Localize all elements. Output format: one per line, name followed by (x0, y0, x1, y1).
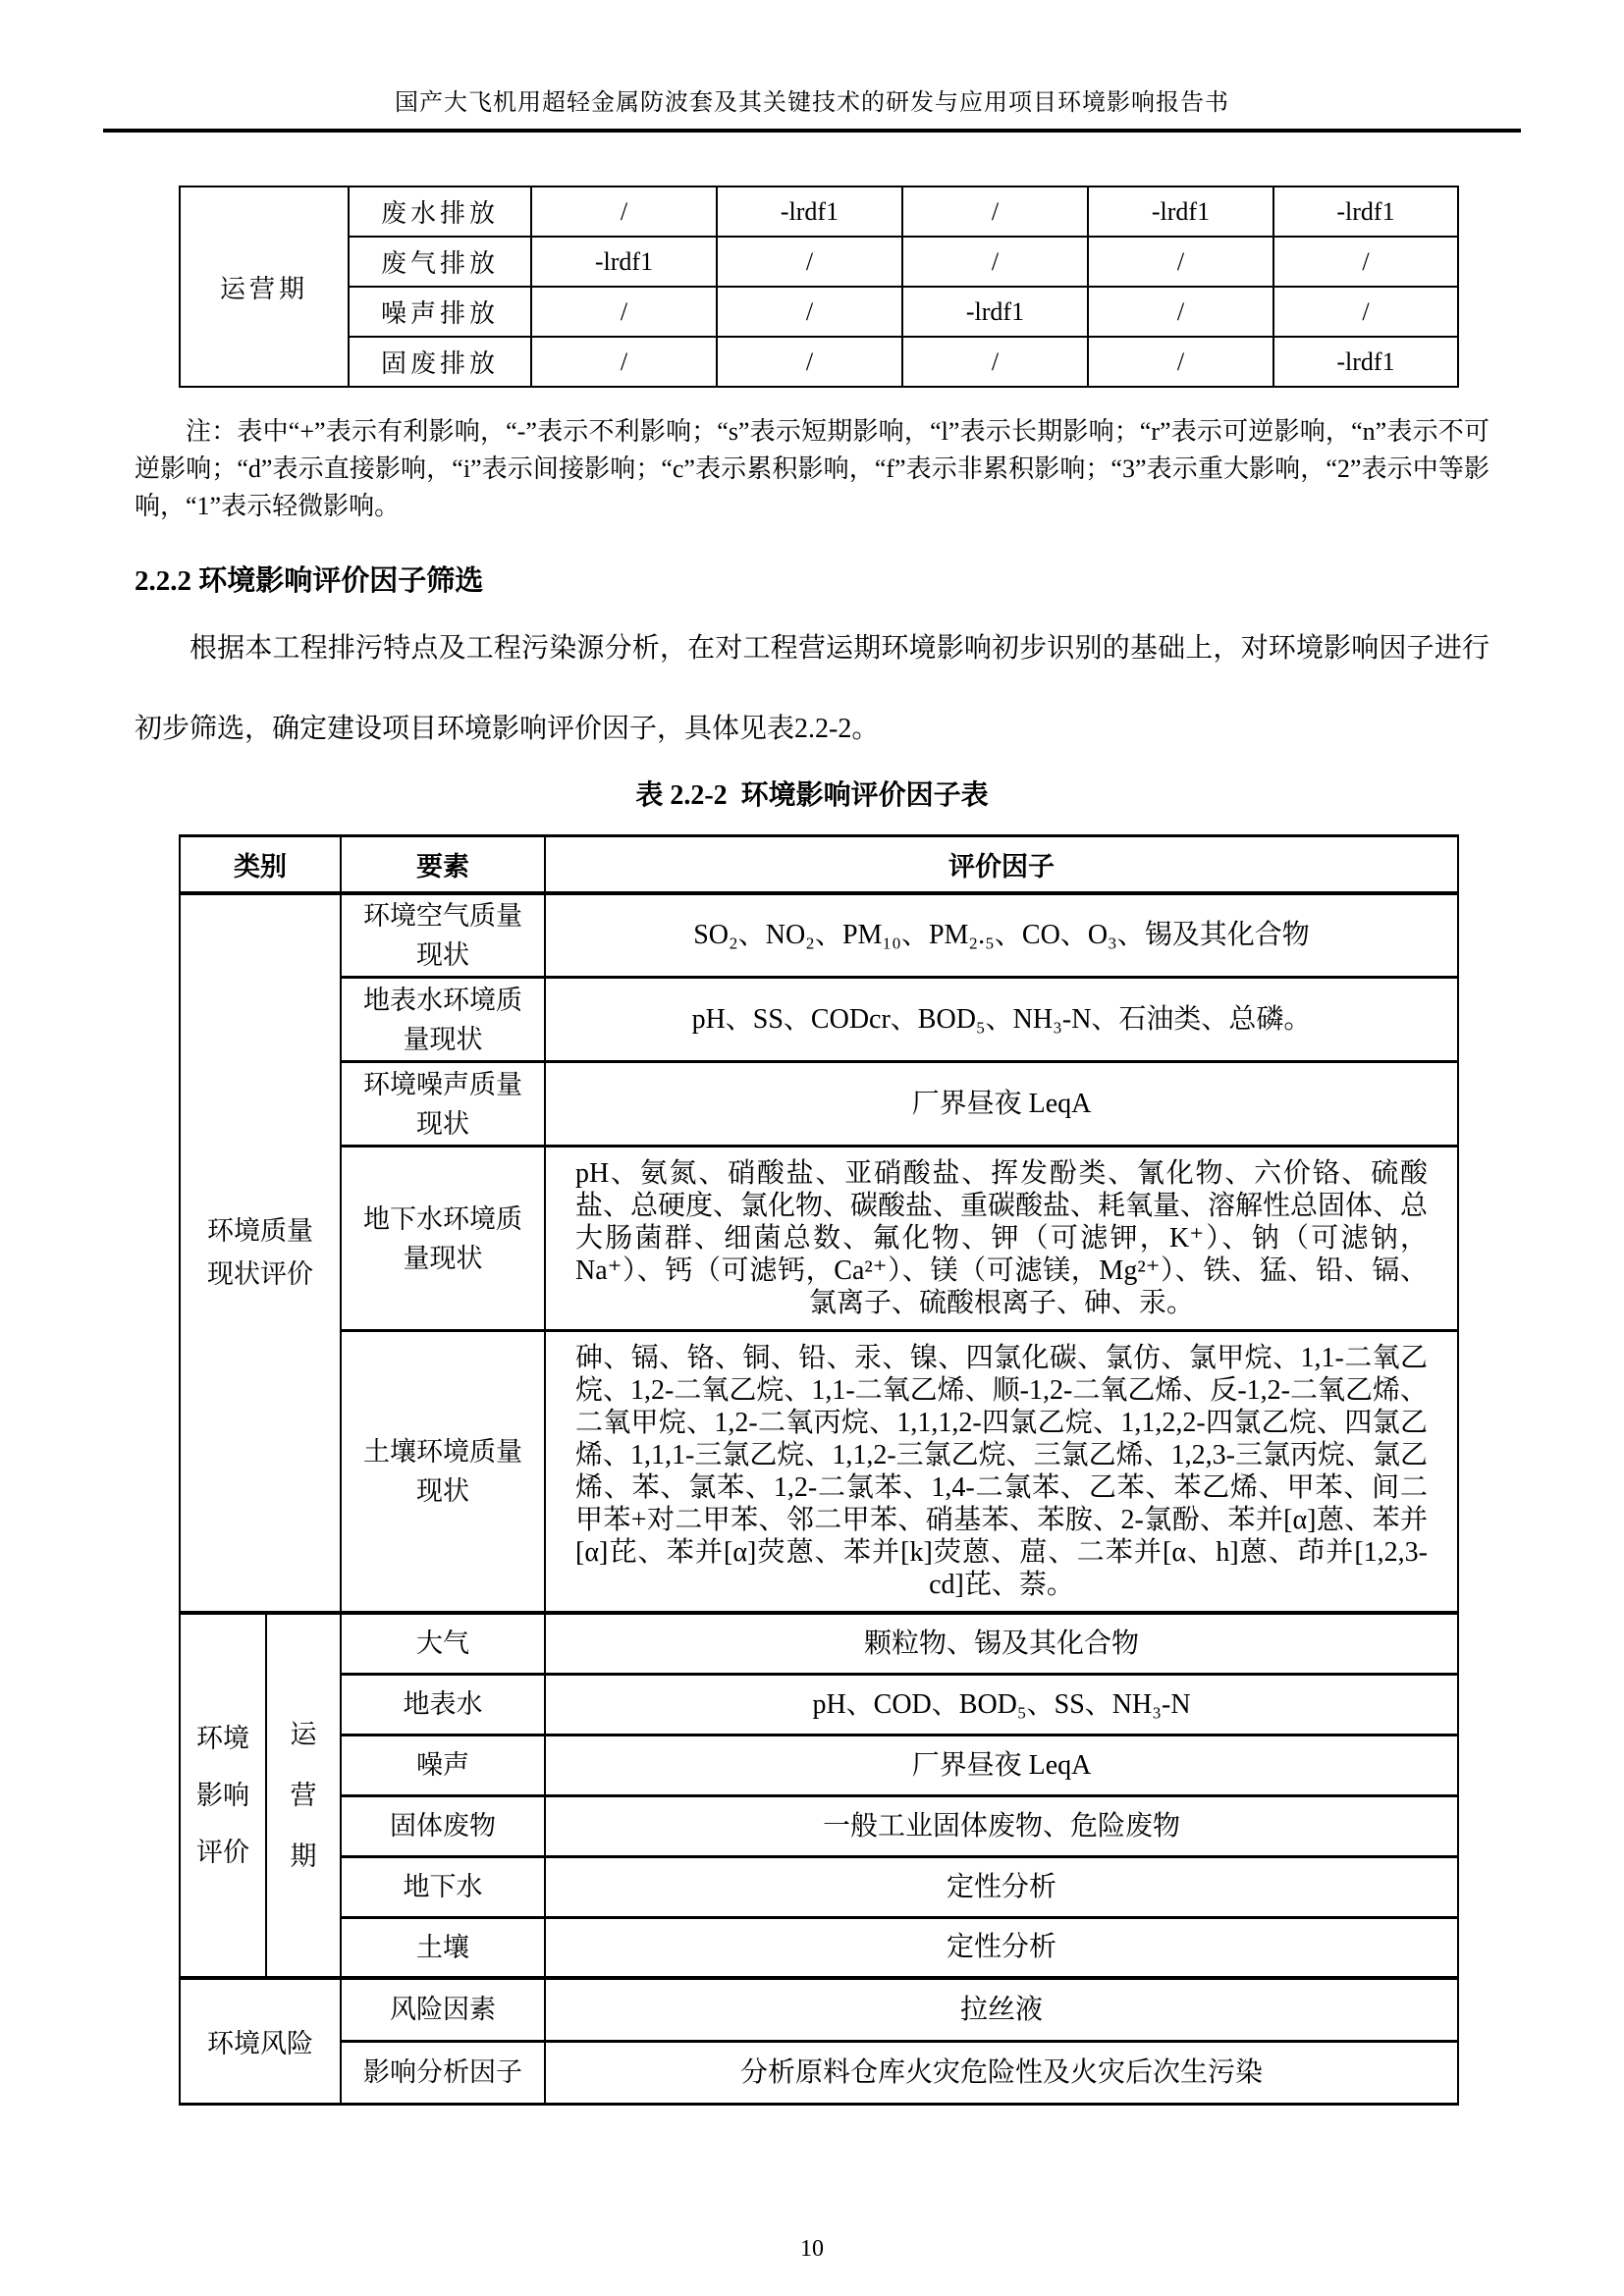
element-cell: 固体废物 (341, 1795, 545, 1856)
factor-cell: pH、COD、BOD₅、SS、NH₃-N (545, 1674, 1458, 1735)
impact-identification-table: 运营期 废水排放 / -lrdf1 / -lrdf1 -lrdf1 废气排放 -… (179, 186, 1459, 388)
element-cell: 环境噪声质量现状 (341, 1062, 545, 1147)
impact-row-label: 固废排放 (349, 337, 531, 387)
impact-cell: / (1088, 237, 1273, 287)
table-row: 噪声 厂界昼夜 LeqA (180, 1735, 1458, 1795)
impact-cell: -lrdf1 (531, 237, 717, 287)
factor-cell: 定性分析 (545, 1917, 1458, 1978)
factor-cell: 厂界昼夜 LeqA (545, 1062, 1458, 1147)
table-row: 环境风险 风险因素 拉丝液 (180, 1978, 1458, 2041)
factor-cell: pH、SS、CODcr、BOD₅、NH₃-N、石油类、总磷。 (545, 978, 1458, 1062)
factor-cell: 颗粒物、锡及其化合物 (545, 1613, 1458, 1674)
factor-cell: 定性分析 (545, 1856, 1458, 1917)
factor-cell: 拉丝液 (545, 1978, 1458, 2041)
table-row: 地下水 定性分析 (180, 1856, 1458, 1917)
impact-cell: / (1273, 287, 1458, 337)
element-cell: 环境空气质量现状 (341, 893, 545, 978)
table-note: 注：表中“+”表示有利影响，“-”表示不利影响；“s”表示短期影响，“l”表示长… (135, 413, 1489, 525)
header-rule (103, 129, 1521, 133)
element-cell: 噪声 (341, 1735, 545, 1795)
category-env-quality-status: 环境质量现状评价 (180, 893, 341, 1614)
table-row: 环境噪声质量现状 厂界昼夜 LeqA (180, 1062, 1458, 1147)
element-cell: 影响分析因子 (341, 2041, 545, 2104)
factor-cell: 厂界昼夜 LeqA (545, 1735, 1458, 1795)
impact-cell: / (1273, 237, 1458, 287)
column-header-factor: 评价因子 (545, 836, 1458, 893)
table-row: 固体废物 一般工业固体废物、危险废物 (180, 1795, 1458, 1856)
table-row: 地表水环境质量现状 pH、SS、CODcr、BOD₅、NH₃-N、石油类、总磷。 (180, 978, 1458, 1062)
element-label: 地表水环境质量现状 (363, 981, 522, 1059)
category-env-risk: 环境风险 (180, 1978, 341, 2104)
category-operation-period: 运营期 (266, 1613, 341, 1978)
category-label: 环境影响评价 (194, 1710, 251, 1881)
table-row: 土壤环境质量现状 砷、镉、铬、铜、铅、汞、镍、四氯化碳、氯仿、氯甲烷、1,1-二… (180, 1331, 1458, 1614)
impact-cell: / (902, 237, 1088, 287)
element-label: 土壤环境质量现状 (363, 1432, 522, 1511)
factor-cell: 分析原料仓库火灾危险性及火灾后次生污染 (545, 2041, 1458, 2104)
impact-cell: -lrdf1 (717, 187, 902, 237)
element-label: 环境空气质量现状 (363, 896, 522, 975)
body-paragraph: 根据本工程排污特点及工程污染源分析，在对工程营运期环境影响初步识别的基础上，对环… (135, 609, 1489, 770)
impact-cell: -lrdf1 (1273, 337, 1458, 387)
impact-cell: -lrdf1 (1273, 187, 1458, 237)
category-label: 环境质量现状评价 (202, 1209, 318, 1296)
impact-cell: -lrdf1 (1088, 187, 1273, 237)
impact-cell: / (531, 187, 717, 237)
element-cell: 风险因素 (341, 1978, 545, 2041)
impact-cell: / (902, 187, 1088, 237)
factor-cell: 一般工业固体废物、危险废物 (545, 1795, 1458, 1856)
impact-cell: / (1088, 287, 1273, 337)
evaluation-factor-table: 类别 要素 评价因子 环境质量现状评价 环境空气质量现状 SO₂、NO₂、PM₁… (179, 834, 1459, 2106)
element-cell: 土壤 (341, 1917, 545, 1978)
page-number: 10 (0, 2236, 1624, 2263)
table-row: 环境质量现状评价 环境空气质量现状 SO₂、NO₂、PM₁₀、PM₂.₅、CO、… (180, 893, 1458, 978)
impact-cell: / (717, 337, 902, 387)
impact-row-label: 废水排放 (349, 187, 531, 237)
section-heading: 2.2.2 环境影响评价因子筛选 (135, 559, 1489, 599)
element-label: 环境噪声质量现状 (363, 1065, 522, 1144)
impact-cell: / (717, 237, 902, 287)
factor-cell: pH、氨氮、硝酸盐、亚硝酸盐、挥发酚类、氰化物、六价铬、硫酸盐、总硬度、氯化物、… (545, 1147, 1458, 1331)
document-page: 国产大飞机用超轻金属防波套及其关键技术的研发与应用项目环境影响报告书 运营期 废… (0, 0, 1624, 2296)
table-row: 影响分析因子 分析原料仓库火灾危险性及火灾后次生污染 (180, 2041, 1458, 2104)
table-row: 土壤 定性分析 (180, 1917, 1458, 1978)
impact-cell: -lrdf1 (902, 287, 1088, 337)
table-row: 环境影响评价 运营期 大气 颗粒物、锡及其化合物 (180, 1613, 1458, 1674)
element-label: 地下水环境质量现状 (363, 1200, 522, 1278)
impact-row-label: 噪声排放 (349, 287, 531, 337)
table-row: 噪声排放 / / -lrdf1 / / (180, 287, 1458, 337)
table-caption: 表 2.2-2 环境影响评价因子表 (135, 774, 1489, 813)
table-row: 地表水 pH、COD、BOD₅、SS、NH₃-N (180, 1674, 1458, 1735)
impact-period-label: 运营期 (180, 187, 349, 387)
factor-cell: 砷、镉、铬、铜、铅、汞、镍、四氯化碳、氯仿、氯甲烷、1,1-二氧乙烷、1,2-二… (545, 1331, 1458, 1614)
element-cell: 地表水 (341, 1674, 545, 1735)
impact-cell: / (531, 287, 717, 337)
table-header-row: 类别 要素 评价因子 (180, 836, 1458, 893)
element-cell: 大气 (341, 1613, 545, 1674)
header-title: 国产大飞机用超轻金属防波套及其关键技术的研发与应用项目环境影响报告书 (0, 0, 1624, 117)
impact-row-label: 废气排放 (349, 237, 531, 287)
table-row: 地下水环境质量现状 pH、氨氮、硝酸盐、亚硝酸盐、挥发酚类、氰化物、六价铬、硫酸… (180, 1147, 1458, 1331)
page-content: 运营期 废水排放 / -lrdf1 / -lrdf1 -lrdf1 废气排放 -… (135, 186, 1489, 2106)
element-cell: 地下水 (341, 1856, 545, 1917)
column-header-category: 类别 (180, 836, 341, 893)
element-cell: 土壤环境质量现状 (341, 1331, 545, 1614)
element-cell: 地表水环境质量现状 (341, 978, 545, 1062)
impact-cell: / (902, 337, 1088, 387)
impact-cell: / (1088, 337, 1273, 387)
impact-cell: / (531, 337, 717, 387)
column-header-element: 要素 (341, 836, 545, 893)
factor-cell: SO₂、NO₂、PM₁₀、PM₂.₅、CO、O₃、锡及其化合物 (545, 893, 1458, 978)
impact-cell: / (717, 287, 902, 337)
element-cell: 地下水环境质量现状 (341, 1147, 545, 1331)
table-row: 废气排放 -lrdf1 / / / / (180, 237, 1458, 287)
table-row: 运营期 废水排放 / -lrdf1 / -lrdf1 -lrdf1 (180, 187, 1458, 237)
table-row: 固废排放 / / / / -lrdf1 (180, 337, 1458, 387)
category-sublabel: 运营期 (289, 1704, 318, 1887)
category-env-impact-assessment: 环境影响评价 (180, 1613, 266, 1978)
